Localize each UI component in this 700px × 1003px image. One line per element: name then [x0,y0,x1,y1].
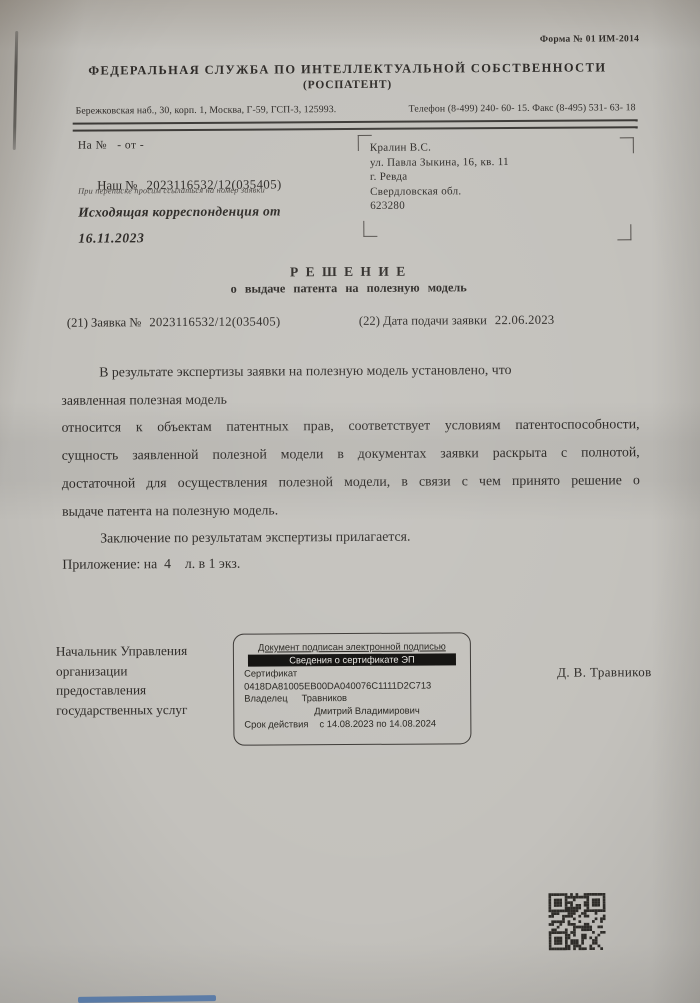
stamp-cert-banner: Сведения о сертификате ЭП [248,653,456,667]
decision-body: В результате экспертизы заявки на полезн… [61,355,640,552]
agency-contact-line: Бережковская наб., 30, корп. 1, Москва, … [76,102,636,116]
digital-signature-stamp: Документ подписан электронной подписью С… [233,632,472,745]
application-number-label: (21) Заявка № [67,315,142,329]
position-line: государственных услуг [56,699,187,719]
stamp-owner-surname: Травников [302,692,348,703]
outgoing-date: 16.11.2023 [78,230,144,246]
recipient-street: ул. Павла Зыкина, 16, кв. 11 [370,155,509,170]
body-line: сущность заявленной полезной модели в до… [62,438,640,469]
document-photo: Форма № 01 ИМ-2014 ФЕДЕРАЛЬНАЯ СЛУЖБА ПО… [0,0,700,1003]
body-line: выдаче патента на полезную модель. [62,494,640,525]
body-line: В результате экспертизы заявки на полезн… [61,355,639,386]
attachment-line: Приложение: на 4 л. в 1 экз. [62,556,240,573]
application-number-value: 2023116532/12(035405) [149,314,280,329]
recipient-region: Свердловская обл. [370,184,509,199]
application-number-line: (21) Заявка №2023116532/12(035405) [67,314,281,330]
recipient-address: Кралин В.С. ул. Павла Зыкина, 16, кв. 11… [370,140,509,213]
qr-code [548,891,605,951]
agency-address: Бережковская наб., 30, корп. 1, Москва, … [76,104,337,117]
agency-subtitle: (РОСПАТЕНТ) [0,77,697,93]
recipient-name: Кралин В.С. [370,140,509,155]
address-corner-mark [620,137,634,153]
agency-phone: Телефон (8-499) 240- 60- 15. Факс (8-495… [409,102,636,114]
body-line: заявленная полезная модель [61,383,639,414]
agency-title: ФЕДЕРАЛЬНАЯ СЛУЖБА ПО ИНТЕЛЛЕКТУАЛЬНОЙ С… [0,60,697,79]
position-line: организации [56,660,187,680]
outgoing-label: Исходящая корреспонденция от [78,203,281,220]
body-line: относится к объектам патентных прав, соо… [61,411,639,442]
address-corner-mark [617,224,631,240]
signer-name: Д. В. Травников [557,664,652,681]
signatory-position: Начальник Управления организации предост… [56,641,188,720]
filing-date-label: (22) Дата подачи заявки [359,313,487,328]
header-divider [73,119,638,131]
position-line: предоставления [56,680,187,700]
body-line: достаточной для осуществления полезной м… [62,466,640,497]
address-corner-mark [363,221,377,237]
recipient-postcode: 623280 [370,198,509,213]
stamp-owner-label: Владелец [244,693,287,706]
incoming-ref: На № - от - [78,139,144,151]
stamp-validity-value: с 14.08.2023 по 14.08.2024 [319,717,436,729]
filing-date-value: 22.06.2023 [495,313,555,327]
document-page: Форма № 01 ИМ-2014 ФЕДЕРАЛЬНАЯ СЛУЖБА ПО… [0,0,700,1003]
stamp-cert-number: 0418DA81005EB00DA040076C1111D2C713 [244,679,460,693]
form-number-label: Форма № 01 ИМ-2014 [540,34,639,45]
stamp-validity-label: Срок действия [244,718,308,731]
conclusion-line: Заключение по результатам экспертизы при… [62,521,640,552]
position-line: Начальник Управления [56,641,187,661]
stamp-header: Документ подписан электронной подписью [244,640,460,654]
stamp-validity-line: Срок действияс 14.08.2023 по 14.08.2024 [244,717,460,731]
filing-date-line: (22) Дата подачи заявки22.06.2023 [359,313,555,329]
recipient-city: г. Ревда [370,169,509,184]
reference-note: При переписке просим ссылаться на номер … [78,186,265,196]
decision-subtitle: о выдаче патента на полезную модель [0,279,699,298]
